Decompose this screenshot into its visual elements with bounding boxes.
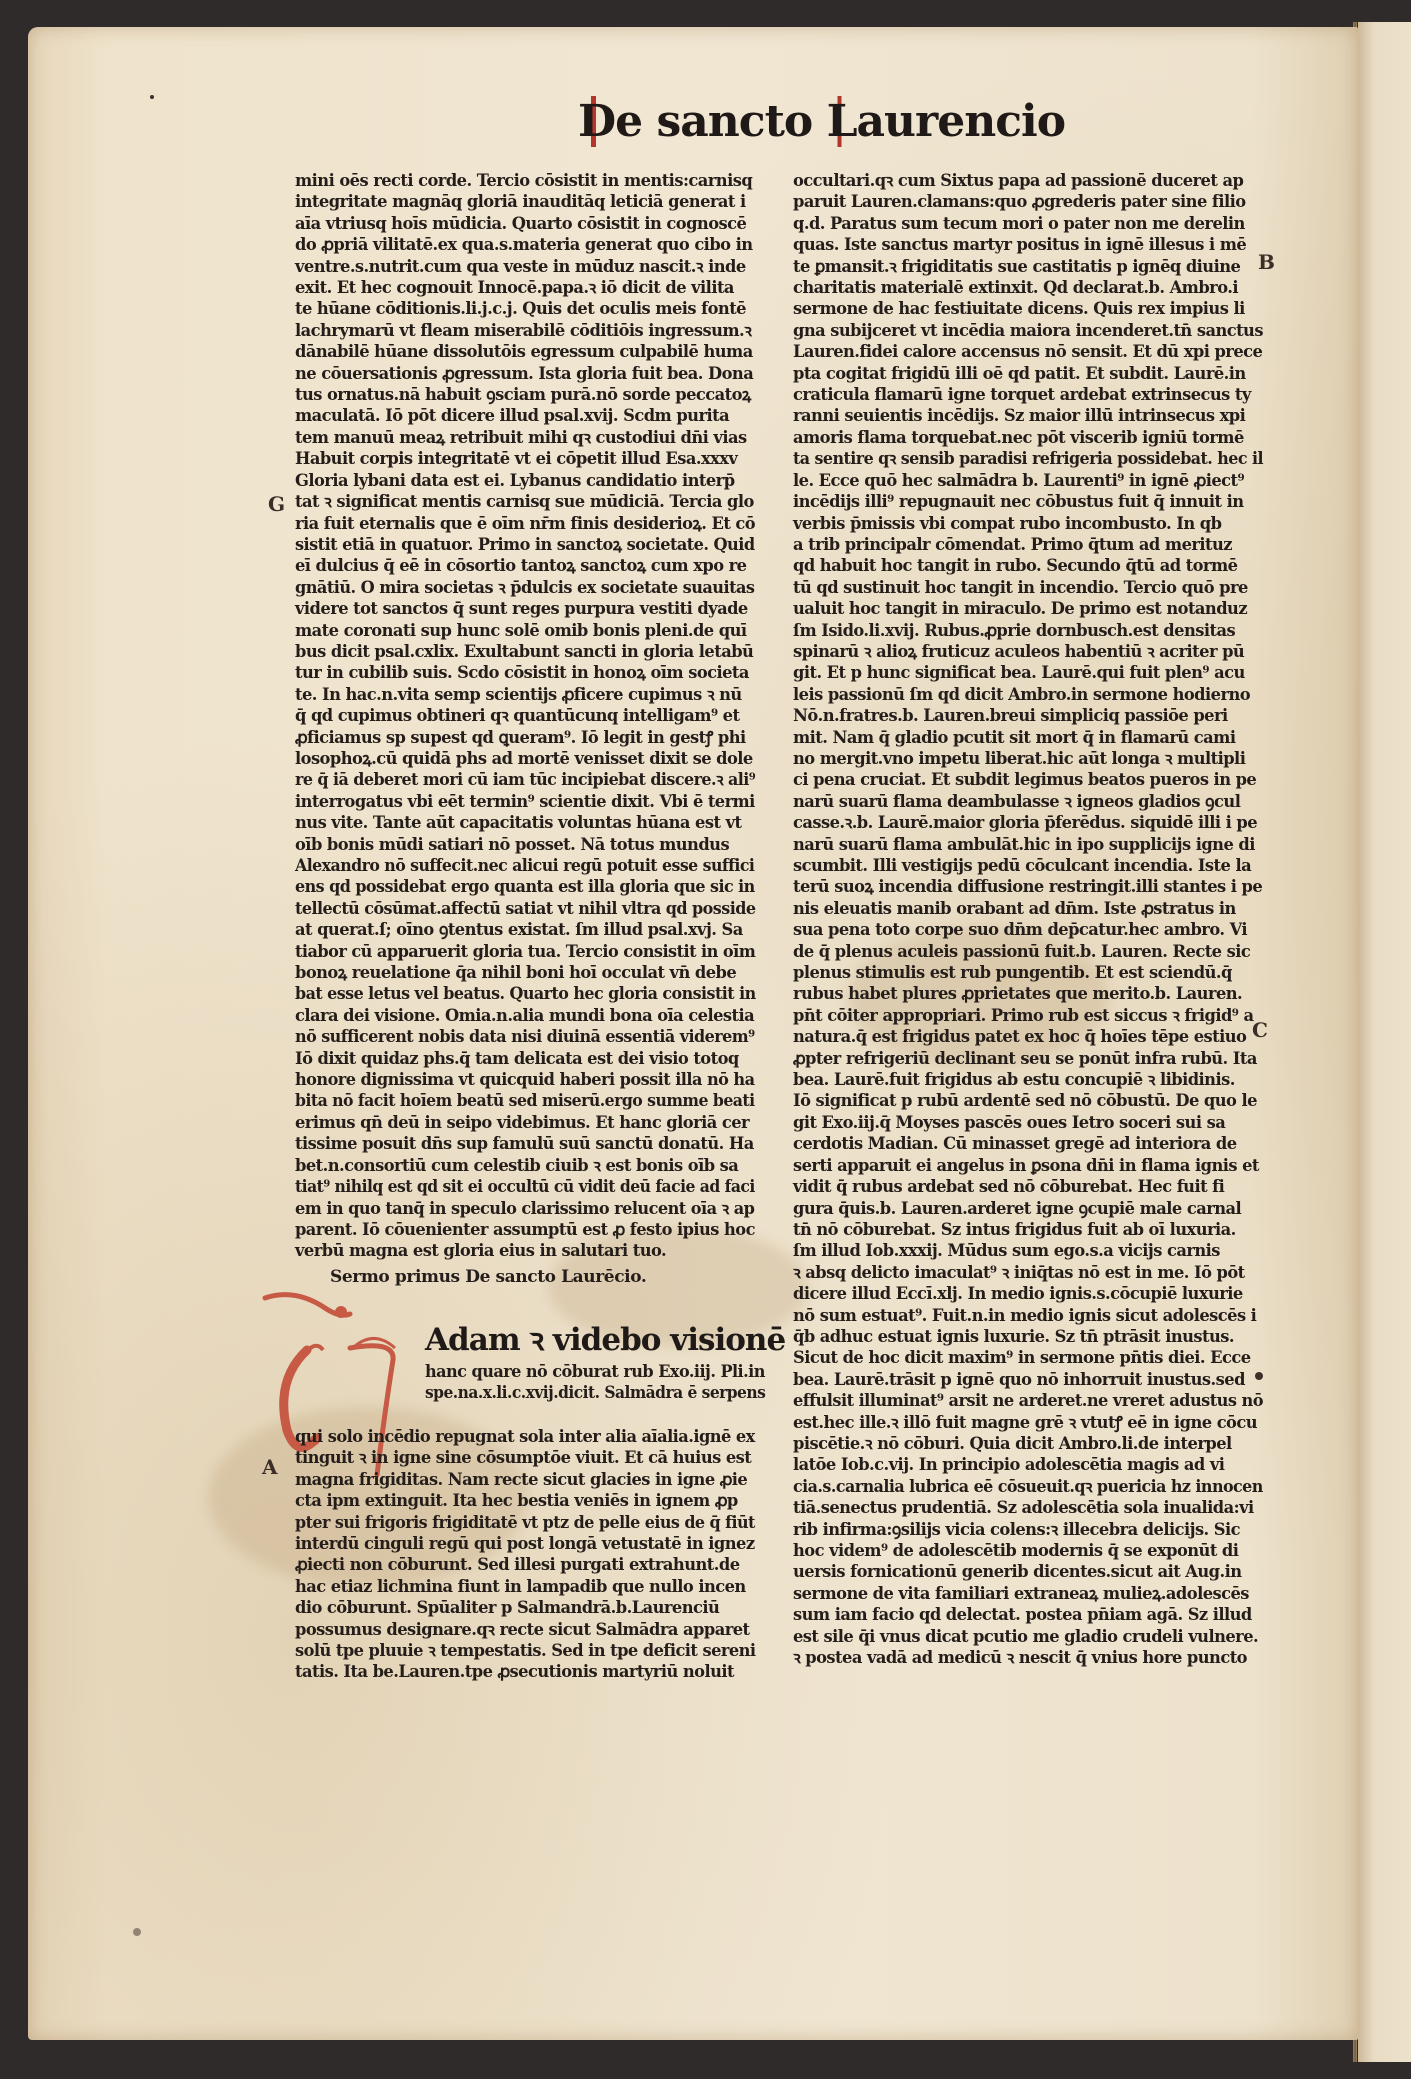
text-line: mit. Nam q̄ gladio pcutit sit mort q̄ in… (793, 727, 1263, 748)
text-line: git. Et p hunc significat bea. Laurē.qui… (793, 662, 1263, 683)
ink-speck (1255, 1372, 1263, 1380)
text-line: Habuit corpis integritatē vt ei cōpetit … (295, 448, 755, 469)
text-line: tur in cubilib suis. Scdo cōsistit in ho… (295, 662, 755, 683)
text-line: est sile q̄i vnus dicat pcutio me gladio… (793, 1626, 1263, 1647)
text-line: magna frigiditas. Nam recte sicut glacie… (295, 1469, 755, 1490)
text-line: ꝓiecti non cōburunt. Sed illesi purgati … (295, 1554, 755, 1575)
incipit-lines: hanc quare nō cōburat rub Exo.iij. Pli.i… (425, 1361, 765, 1404)
text-line: aīa vtriusq hoīs mūdicia. Quarto cōsisti… (295, 213, 755, 234)
running-head-text: De sancto Laurencio (578, 96, 1065, 147)
left-column: mini oēs recti corde. Tercio cōsistit in… (295, 170, 755, 1262)
text-line: do ꝓpriā vilitatē.ex qua.s.materia gener… (295, 234, 755, 255)
text-line: verbū magna est gloria eius in salutari … (295, 1240, 755, 1261)
text-line: re q̄ iā deberet mori cū iam tūc incipie… (295, 769, 744, 790)
running-head: De sancto Laurencio (578, 96, 998, 147)
text-line: gura q̄uis.b. Lauren.arderet igne ꝯcupiē… (793, 1198, 1263, 1219)
text-line: q̄b adhuc estuat ignis luxurie. Sz tn̄ p… (793, 1326, 1263, 1347)
text-line: hanc quare nō cōburat rub Exo.iij. Pli.i… (425, 1361, 761, 1382)
text-line: terū suoꝝ incendia diffusione restringit… (793, 876, 1263, 897)
text-line: ranni seuientis incēdijs. Sz maior illū … (793, 405, 1263, 426)
text-line: te. In hac.n.vita semp scientijs ꝓficere… (295, 684, 755, 705)
sermon-incipit: Adam ꝛ videbo visionē (425, 1318, 785, 1360)
text-line: no mergit.vno impetu liberat.hic aūt lon… (793, 748, 1263, 769)
text-line: qd habuit hoc tangit in rubo. Secundo q̄… (793, 555, 1263, 576)
text-line: casse.ꝛ.b. Laurē.maior gloria p̄ferēdus.… (793, 812, 1263, 833)
text-line: spe.na.x.li.c.xvij.dicit. Salmādra ē ser… (425, 1382, 748, 1403)
text-line: tus ornatus.nā habuit ꝯsciam purā.nō sor… (295, 384, 755, 405)
text-line: natura.q̄ est frigidus patet ex hoc q̄ h… (793, 1026, 1263, 1047)
text-line: gnātiū. O mira societas ꝛ p̄dulcis ex so… (295, 577, 751, 598)
text-line: integritate magnāq gloriā inauditāq leti… (295, 191, 755, 212)
text-line: oīb bonis mūdi satiari nō posset. Nā tot… (295, 834, 755, 855)
text-line: craticula flamarū igne torquet ardebat e… (793, 384, 1263, 405)
text-line: incēdijs illi⁹ repugnauit nec cōbustus f… (793, 491, 1263, 512)
text-line: Lauren.fidei calore accensus nō sensit. … (793, 341, 1263, 362)
text-line: ne cōuersationis ꝓgressum. Ista gloria f… (295, 363, 755, 384)
ink-speck (150, 95, 154, 99)
text-line: sermone de vita familiari extraneaꝝ muli… (793, 1583, 1263, 1604)
text-line: sermone de hac festiuitate dicens. Quis … (793, 298, 1263, 319)
text-line: parent. Iō cōuenienter assumptū est ꝓ fe… (295, 1219, 754, 1240)
text-line: maculatā. Iō pōt dicere illud psal.xvij.… (295, 405, 755, 426)
text-line: Iō significat p rubū ardentē sed nō cōbu… (793, 1090, 1263, 1111)
text-line: videre tot sanctos q̄ sunt reges purpura… (295, 598, 755, 619)
text-line: solū tpe pluuie ꝛ tempestatis. Sed in tp… (295, 1640, 754, 1661)
text-line: losophoꝝ.cū quidā phs ad mortē venisset … (295, 748, 755, 769)
text-line: bus dicit psal.cxlix. Exultabunt sancti … (295, 641, 755, 662)
text-line: q.d. Paratus sum tecum mori o pater non … (793, 213, 1263, 234)
text-line: Gloria lybani data est ei. Lybanus candi… (295, 470, 755, 491)
text-line: bonoꝝ reuelatione q̄a nihil boni hoī occ… (295, 962, 755, 983)
text-line: plenus stimulis est rub pungentib. Et es… (793, 962, 1263, 983)
text-line: pter sui frigoris frigiditatē vt ptz de … (295, 1512, 745, 1533)
text-line: mini oēs recti corde. Tercio cōsistit in… (295, 170, 755, 191)
text-line: nus vite. Tante aūt capacitatis voluntas… (295, 812, 755, 833)
text-line: amoris flama torquebat.nec pōt viscerib … (793, 427, 1263, 448)
text-line: leis passionū ſm qd dicit Ambro.in sermo… (793, 684, 1263, 705)
text-line: tiā.senectus prudentiā. Sz adolescētia s… (793, 1497, 1263, 1518)
text-line: narū suarū flama deambulasse ꝛ igneos gl… (793, 791, 1263, 812)
text-line: spinarū ꝛ alioꝝ fruticuz aculeos habenti… (793, 641, 1263, 662)
text-line: sistit etiā in quatuor. Primo in sanctoꝝ… (295, 534, 751, 555)
text-line: ꝛ absq delicto imaculat⁹ ꝛ iniq̄tas nō e… (793, 1262, 1263, 1283)
text-line: at querat.ſ; oīno ꝯtentus existat. ſm il… (295, 919, 755, 940)
text-line: te hūane cōditionis.li.j.c.j. Quis det o… (295, 298, 755, 319)
text-line: pn̄t cōiter appropriari. Primo rub est s… (793, 1005, 1263, 1026)
text-line: serti apparuit ei angelus in ꝑsona dn̄i … (793, 1155, 1263, 1176)
text-line: cta ipm extinguit. Ita hec bestia veniēs… (295, 1490, 755, 1511)
text-line: rib infirma:ꝯsilijs vicia colens:ꝛ illec… (793, 1519, 1263, 1540)
text-line: nō sum estuat⁹. Fuit.n.in medio ignis si… (793, 1305, 1263, 1326)
sermon-heading: Sermo primus De sancto Laurēcio. (330, 1267, 646, 1287)
text-line: tellectū cōsūmat.affectū satiat vt nihil… (295, 898, 746, 919)
text-line: tinguit ꝛ in igne sine cōsumptōe viuit. … (295, 1447, 755, 1468)
text-line: bat esse letus vel beatus. Quarto hec gl… (295, 983, 744, 1004)
text-line: piscētie.ꝛ nō cōburi. Quia dicit Ambro.l… (793, 1433, 1263, 1454)
text-line: uersis fornicationū generib dicentes.sic… (793, 1561, 1263, 1582)
text-line: paruit Lauren.clamans:quo ꝓgrederis pate… (793, 191, 1263, 212)
text-line: interdū cinguli regū qui post longā vetu… (295, 1533, 755, 1554)
text-line: mate coronati sup hunc solē omib bonis p… (295, 620, 755, 641)
text-line: clara dei visione. Omia.n.alia mundi bon… (295, 1005, 755, 1026)
text-line: exit. Et hec cognouit Innocē.papa.ꝛ iō d… (295, 277, 755, 298)
text-line: tn̄ nō cōburebat. Sz intus frigidus fuit… (793, 1219, 1263, 1240)
text-line: ria fuit eternalis que ē oīm nr̄m finis … (295, 513, 754, 534)
text-line: bet.n.consortiū cum celestib ciuib ꝛ est… (295, 1155, 755, 1176)
text-line: hac etiaz lichmina fiunt in lampadib que… (295, 1576, 755, 1597)
text-line: tissime posuit dn̄s sup famulū suū sanct… (295, 1133, 755, 1154)
text-line: gna subijceret vt incēdia maiora incende… (793, 320, 1263, 341)
text-line: nō sufficerent nobis data nisi diuinā es… (295, 1026, 746, 1047)
text-line: Sicut de hoc dicit maxim⁹ in sermone pn̄… (793, 1347, 1263, 1368)
text-line: hoc videm⁹ de adolescētib modernis q̄ se… (793, 1540, 1263, 1561)
text-line: scumbit. Illi vestigijs pedū cōculcant i… (793, 855, 1263, 876)
text-line: eī dulcius q̄ eē in cōsortio tantoꝝ sanc… (295, 555, 755, 576)
right-column: occultari.qꝛ cum Sixtus papa ad passionē… (793, 170, 1263, 1668)
text-line: dicere illud Eccī.xlj. In medio ignis.s.… (793, 1283, 1263, 1304)
text-line: narū suarū flama ambulāt.hic in ipo supp… (793, 834, 1263, 855)
text-line: ſm illud Iob.xxxij. Mūdus sum ego.s.a vi… (793, 1240, 1263, 1261)
text-line: sua pena toto corpe suo dn̄m dep̄catur.h… (793, 919, 1263, 940)
text-line: git Exo.iij.q̄ Moyses pascēs oues Ietro … (793, 1112, 1263, 1133)
text-line: bea. Laurē.fuit frigidus ab estu concupi… (793, 1069, 1263, 1090)
text-line: vidit q̄ rubus ardebat sed nō cōburebat.… (793, 1176, 1263, 1197)
text-line: tatis. Ita be.Lauren.tpe ꝓsecutionis mar… (295, 1661, 755, 1682)
text-line: nis eleuatis manib orabant ad dn̄m. Iste… (793, 898, 1263, 919)
text-line: latōe Iob.c.vij. In principio adolescēti… (793, 1454, 1263, 1475)
text-line: Alexandro nō suffecit.nec alicui regū po… (295, 855, 740, 876)
text-line: erimus qn̄ deū in seipo videbimus. Et ha… (295, 1112, 755, 1133)
text-line: tiabor cū apparuerit gloria tua. Tercio … (295, 941, 751, 962)
text-line: ventre.s.nutrit.cum qua veste in mūduz n… (295, 256, 755, 277)
text-line: bea. Laurē.trāsit p ignē quo nō inhorrui… (793, 1369, 1263, 1390)
facing-page-edge (1358, 22, 1411, 2062)
ink-speck (133, 1928, 141, 1936)
text-line: possumus designare.qꝛ recte sicut Salmād… (295, 1619, 755, 1640)
text-line: interrogatus vbi eēt termin⁹ scientie di… (295, 791, 753, 812)
text-line: ꝓficiamus sp supest qd ꝗueram⁹. Iō legit… (295, 727, 755, 748)
text-line: ualuit hoc tangit in miraculo. De primo … (793, 598, 1263, 619)
sermon-body: qui solo incēdio repugnat sola inter ali… (295, 1426, 755, 1683)
marginal-letter-g: G (268, 492, 285, 516)
text-line: le. Ecce quō hec salmādra b. Laurenti⁹ i… (793, 470, 1263, 491)
text-line: ens qd possidebat ergo quanta est illa g… (295, 876, 745, 897)
text-line: tem manuū meaꝝ retribuit mihi qꝛ custodi… (295, 427, 755, 448)
text-line: a trib principalr cōmendat. Primo q̄tum … (793, 534, 1263, 555)
text-line: Nō.n.fratres.b. Lauren.breui simpliciq p… (793, 705, 1263, 726)
text-line: sum iam facio qd delectat. postea pn̄iam… (793, 1604, 1263, 1625)
text-line: q̄ qd cupimus obtineri qꝛ quantūcunq int… (295, 705, 755, 726)
text-line: bita nō facit hoīem beatū sed miserū.erg… (295, 1090, 738, 1111)
text-line: cia.s.carnalia lubrica eē cōsueuit.qꝛ pu… (793, 1476, 1252, 1497)
text-line: verbis p̄missis vbi compat rubo incombus… (793, 513, 1263, 534)
text-line: tat ꝛ significat mentis carnisq sue mūdi… (295, 491, 755, 512)
text-line: te ꝑmansit.ꝛ frigiditatis sue castitatis… (793, 256, 1263, 277)
text-line: lachrymarū vt fleam miserabilē cōditiōis… (295, 320, 755, 341)
text-line: tū qd sustinuit hoc tangit in incendio. … (793, 577, 1263, 598)
text-line: occultari.qꝛ cum Sixtus papa ad passionē… (793, 170, 1263, 191)
text-line: rubus habet plures ꝓprietates que merito… (793, 983, 1263, 1004)
text-line: quas. Iste sanctus martyr positus in ign… (793, 234, 1263, 255)
text-line: pta cogitat frigidū illi oē qd patit. Et… (793, 363, 1263, 384)
text-line: dānabilē hūane dissolutōis egressum culp… (295, 341, 755, 362)
text-line: dio cōburunt. Spūaliter p Salmandrā.b.La… (295, 1597, 755, 1618)
text-line: effulsit illuminat⁹ arsit ne arderet.ne … (793, 1390, 1260, 1411)
text-line: de q̄ plenus aculeis passionū fuit.b. La… (793, 941, 1263, 962)
text-line: ci pena cruciat. Et subdit legimus beato… (793, 769, 1263, 790)
text-line: ta sentire qꝛ sensib paradisi refrigeria… (793, 448, 1251, 469)
text-line: em in quo tanq̄ in speculo clarissimo re… (295, 1198, 751, 1219)
text-line: ꝓpter refrigeriū declinant seu se ponūt … (793, 1048, 1263, 1069)
text-line: honore dignissima vt quicquid haberi pos… (295, 1069, 751, 1090)
text-line: tiat⁹ nihilq est qd sit ei occultū cū vi… (295, 1176, 736, 1197)
text-line: charitatis materialē extinxit. Qd declar… (793, 277, 1263, 298)
text-line: est.hec ille.ꝛ illō fuit magne grē ꝛ vtu… (793, 1412, 1263, 1433)
text-line: qui solo incēdio repugnat sola inter ali… (295, 1426, 753, 1447)
text-line: Iō dixit quidaz phs.q̄ tam delicata est … (295, 1048, 755, 1069)
text-line: ꝛ postea vadā ad medicū ꝛ nescit q̄ vniu… (793, 1647, 1263, 1668)
text-line: ſm Isido.li.xvij. Rubus.ꝓprie dornbusch.… (793, 620, 1263, 641)
text-line: cerdotis Madian. Cū minasset gregē ad in… (793, 1133, 1263, 1154)
